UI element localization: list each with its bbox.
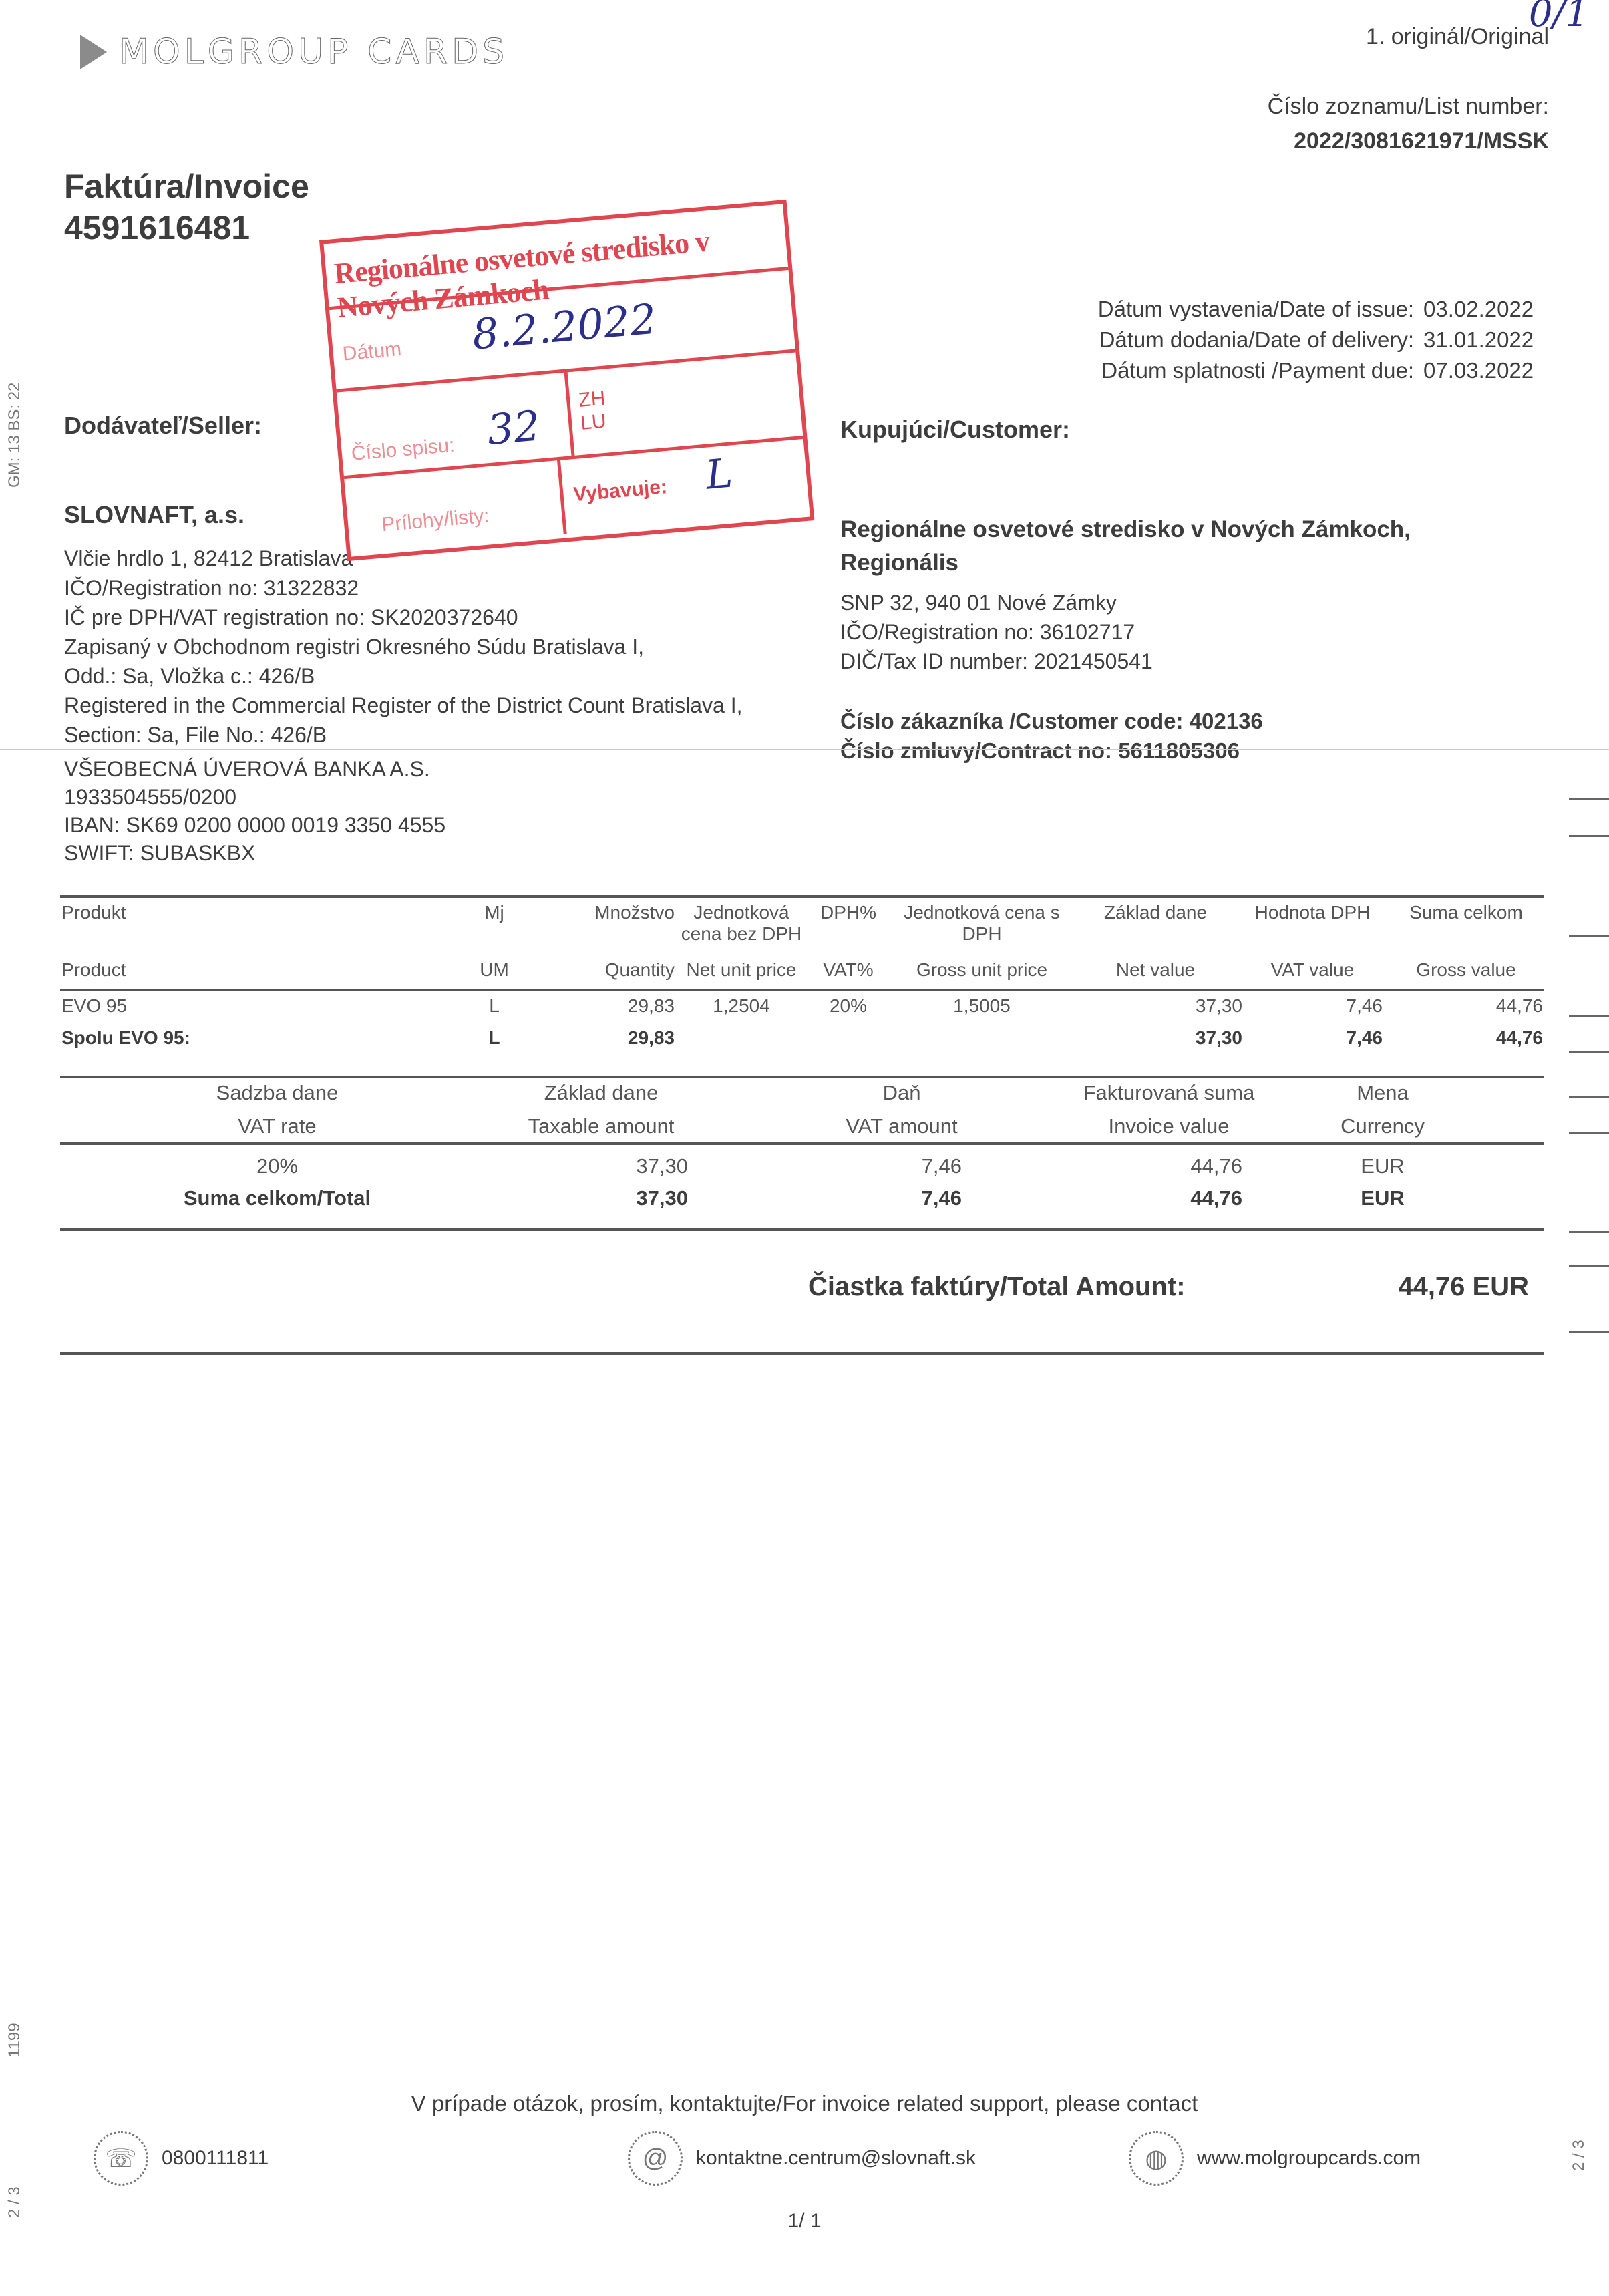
stamp-number-label: Číslo spisu: <box>351 434 456 466</box>
seller-detail-line: Odd.: Sa, Vložka c.: 426/B <box>64 661 743 691</box>
table-rule <box>60 1142 1544 1145</box>
customer-name-line: Regionális <box>840 546 1411 580</box>
subtotal-cell: L <box>461 1027 528 1049</box>
contract-number: Číslo zmluvy/Contract no: 5611805306 <box>840 736 1411 766</box>
subtotal-cell: 29,83 <box>561 1027 675 1049</box>
customer-detail-line: DIČ/Tax ID number: 2021450541 <box>840 647 1411 676</box>
customer-details: SNP 32, 940 01 Nové ZámkyIČO/Registratio… <box>840 588 1411 676</box>
margin-ticks <box>1556 0 1609 2296</box>
separator-line <box>0 749 1609 750</box>
table-header-en: VAT% <box>818 959 878 981</box>
bank-detail-line: VŠEOBECNÁ ÚVEROVÁ BANKA A.S. <box>64 755 445 783</box>
molgroup-cards-logo: MOLGROUP CARDS <box>80 32 508 72</box>
stamp-codes: ZH LU <box>578 387 608 435</box>
website-link[interactable]: www.molgroupcards.com <box>1197 2147 1421 2170</box>
table-cell: 44,76 <box>1389 995 1543 1017</box>
table-header-sk: Hodnota DPH <box>1242 902 1383 923</box>
total-amount-label: Čiastka faktúry/Total Amount: <box>808 1272 1186 1302</box>
table-cell: L <box>461 995 528 1017</box>
table-header-sk: Jednotková cena s DPH <box>895 902 1069 945</box>
seller-detail-line: IČO/Registration no: 31322832 <box>64 573 743 603</box>
table-rule <box>60 989 1544 991</box>
bank-detail-line: SWIFT: SUBASKBX <box>64 839 445 867</box>
customer-code: Číslo zákazníka /Customer code: 402136 <box>840 707 1411 736</box>
customer-detail-line: IČO/Registration no: 36102717 <box>840 617 1411 647</box>
table-header-en: Quantity <box>561 959 675 981</box>
table-cell: 37,30 <box>1069 995 1242 1017</box>
stamp-number-handwritten: 32 <box>485 401 542 454</box>
seller-detail-line: Registered in the Commercial Register of… <box>64 691 743 720</box>
date-row: Dátum vystavenia/Date of issue:03.02.202… <box>1098 294 1549 325</box>
date-value: 31.01.2022 <box>1423 325 1549 355</box>
seller-detail-line: Section: Sa, File No.: 426/B <box>64 720 743 750</box>
phone-icon: ☏ <box>94 2131 148 2186</box>
table-cell: 1,5005 <box>895 995 1069 1017</box>
table-cell: 29,83 <box>561 995 675 1017</box>
vat-header-sk: Mena <box>1336 1081 1429 1105</box>
page-number: 1/ 1 <box>0 2210 1609 2233</box>
stamp-code: ZH <box>578 387 606 412</box>
customer-codes: Číslo zákazníka /Customer code: 402136 Č… <box>840 707 1411 766</box>
vat-cell: 20% <box>127 1154 427 1178</box>
table-header-en: Gross value <box>1389 959 1543 981</box>
customer-label: Kupujúci/Customer: <box>840 416 1411 444</box>
customer-detail-line: SNP 32, 940 01 Nové Zámky <box>840 588 1411 617</box>
table-header-sk: Mj <box>461 902 528 923</box>
date-value: 03.02.2022 <box>1423 294 1549 325</box>
date-value: 07.03.2022 <box>1423 355 1549 386</box>
table-cell: 20% <box>818 995 878 1017</box>
vat-header-en: VAT rate <box>127 1114 427 1138</box>
subtotal-cell: 7,46 <box>1242 1027 1383 1049</box>
vat-cell: EUR <box>1336 1154 1429 1178</box>
table-header-en: Product <box>61 959 395 981</box>
margin-code-bottom: 1199 <box>5 2023 24 2058</box>
vat-total-cell: Suma celkom/Total <box>127 1186 427 1210</box>
subtotal-cell: 37,30 <box>1069 1027 1242 1049</box>
bank-detail-line: IBAN: SK69 0200 0000 0019 3350 4555 <box>64 811 445 839</box>
seller-detail-line: Zapisaný v Obchodnom registri Okresného … <box>64 632 743 661</box>
customer-name-line: Regionálne osvetové stredisko v Nových Z… <box>840 513 1411 546</box>
phone-number[interactable]: 0800111811 <box>162 2147 269 2170</box>
margin-page-right: 2 / 3 <box>1570 2140 1588 2171</box>
date-label: Dátum splatnosti /Payment due: <box>1101 355 1414 386</box>
contact-phone: ☏ 0800111811 <box>94 2131 269 2186</box>
invoice-dates: Dátum vystavenia/Date of issue:03.02.202… <box>1098 294 1549 386</box>
table-header-sk: Základ dane <box>1069 902 1242 923</box>
vat-header-en: Taxable amount <box>481 1114 721 1138</box>
table-rule <box>60 1228 1544 1231</box>
table-header-en: Net unit price <box>675 959 808 981</box>
table-cell: 7,46 <box>1242 995 1383 1017</box>
vat-header-sk: Sadzba dane <box>127 1081 427 1105</box>
vat-total-cell: 44,76 <box>1015 1186 1242 1210</box>
vat-header-en: Currency <box>1336 1114 1429 1138</box>
table-header-sk: DPH% <box>818 902 878 923</box>
customer-block: Kupujúci/Customer: Regionálne osvetové s… <box>840 416 1411 766</box>
date-row: Dátum dodania/Date of delivery:31.01.202… <box>1098 325 1549 355</box>
table-header-en: Gross unit price <box>895 959 1069 981</box>
seller-details: Vlčie hrdlo 1, 82412 BratislavaIČO/Regis… <box>64 544 743 750</box>
play-arrow-icon <box>80 35 107 69</box>
at-sign-icon: @ <box>628 2131 683 2186</box>
globe-icon: ◍ <box>1129 2131 1184 2186</box>
table-header-en: UM <box>461 959 528 981</box>
vat-cell: 7,46 <box>775 1154 962 1178</box>
vat-header-sk: Základ dane <box>481 1081 721 1105</box>
bank-detail-line: 1933504555/0200 <box>64 783 445 811</box>
vat-header-en: VAT amount <box>801 1114 1002 1138</box>
contact-website: ◍ www.molgroupcards.com <box>1129 2131 1421 2186</box>
table-header-sk: Suma celkom <box>1389 902 1543 923</box>
vat-cell: 37,30 <box>528 1154 688 1178</box>
customer-name: Regionálne osvetové stredisko v Nových Z… <box>840 513 1411 580</box>
logo-text: MOLGROUP CARDS <box>119 32 508 72</box>
support-text: V prípade otázok, prosím, kontaktujte/Fo… <box>0 2091 1609 2116</box>
total-amount-value: 44,76 EUR <box>1398 1272 1529 1302</box>
margin-code-top: GM: 13 BS: 22 <box>5 383 24 488</box>
list-number-label: Číslo zoznamu/List number: <box>1268 94 1549 120</box>
vat-header-sk: Daň <box>801 1081 1002 1105</box>
table-header-en: VAT value <box>1242 959 1383 981</box>
date-label: Dátum dodania/Date of delivery: <box>1099 325 1414 355</box>
date-row: Dátum splatnosti /Payment due:07.03.2022 <box>1098 355 1549 386</box>
bank-details: VŠEOBECNÁ ÚVEROVÁ BANKA A.S.1933504555/0… <box>64 755 445 867</box>
table-rule <box>60 895 1544 898</box>
stamp-date-label: Dátum <box>342 338 403 366</box>
vat-header-sk: Fakturovaná suma <box>1049 1081 1289 1105</box>
table-rule <box>60 1352 1544 1355</box>
stamp-handler-handwritten: L <box>704 450 735 499</box>
list-number: 2022/3081621971/MSSK <box>1294 128 1549 154</box>
stamp-code: LU <box>580 410 608 435</box>
table-cell: 1,2504 <box>675 995 808 1017</box>
stamp-attachments-label: Prílohy/listy: <box>381 504 490 536</box>
invoice-title-block: Faktúra/Invoice 4591616481 <box>64 166 309 249</box>
date-label: Dátum vystavenia/Date of issue: <box>1098 294 1414 325</box>
vat-total-cell: 7,46 <box>775 1186 962 1210</box>
table-header-sk: Jednotková cena bez DPH <box>675 902 808 945</box>
invoice-title: Faktúra/Invoice <box>64 166 309 207</box>
invoice-number: 4591616481 <box>64 207 309 249</box>
registry-stamp: Regionálne osvetové stredisko v Nových Z… <box>319 200 814 561</box>
contact-email: @ kontaktne.centrum@slovnaft.sk <box>628 2131 976 2186</box>
vat-total-cell: EUR <box>1336 1186 1429 1210</box>
vat-header-en: Invoice value <box>1049 1114 1289 1138</box>
table-header-sk: Množstvo <box>561 902 675 923</box>
table-header-sk: Produkt <box>61 902 395 923</box>
copy-label: 1. originál/Original <box>1366 24 1549 50</box>
table-cell: EVO 95 <box>61 995 395 1017</box>
email-link[interactable]: kontaktne.centrum@slovnaft.sk <box>696 2147 976 2170</box>
table-header-en: Net value <box>1069 959 1242 981</box>
table-rule <box>60 1076 1544 1078</box>
subtotal-cell: Spolu EVO 95: <box>61 1027 395 1049</box>
subtotal-cell: 44,76 <box>1389 1027 1543 1049</box>
vat-total-cell: 37,30 <box>528 1186 688 1210</box>
seller-detail-line: IČ pre DPH/VAT registration no: SK202037… <box>64 603 743 632</box>
vat-cell: 44,76 <box>1015 1154 1242 1178</box>
stamp-handler-label: Vybavuje: <box>572 476 668 506</box>
